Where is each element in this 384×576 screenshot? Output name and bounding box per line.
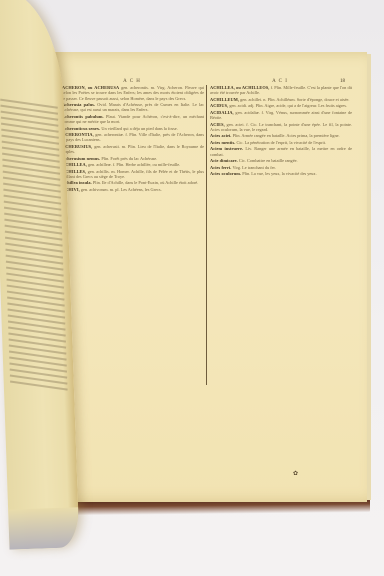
entry-text: Cic. Combattre en bataille rangée. (239, 158, 298, 163)
dictionary-entry: ACHILLEA, ou ACHILLEOS, f. Plin. Mille-f… (210, 85, 352, 96)
entry-headword: Acies ferri. (210, 165, 231, 170)
entry-text: Plin. La vue, les yeux, la vivacité des … (242, 171, 316, 176)
entry-text: Plin. Ile d'Achille, dans le Pont-Euxin,… (93, 180, 198, 185)
entry-text: gen. aciei. f. Cic. Le tranchant, la poi… (210, 122, 352, 132)
entry-text: Plin. Forêt près du lac Achéruse. (101, 156, 157, 161)
dictionary-entry: Acie dimicare. Cic. Combattre en bataill… (210, 158, 352, 163)
left-page-text (0, 98, 68, 392)
dictionary-entry: ACIES, gen. aciei. f. Cic. Le tranchant,… (210, 122, 352, 133)
printer-ornament-icon: ✿ (293, 470, 298, 477)
dictionary-entry: Acherusium nemus. Plin. Forêt près du la… (62, 156, 204, 161)
right-page: A C H A C I 18 ACHERON, ou ACHERUSA gen.… (50, 52, 367, 502)
dictionary-entry: Acheronticus senex. Un vieillard qui a d… (62, 126, 204, 131)
entry-text: Plin. Armée rangée en bataille. Acies pr… (233, 133, 340, 138)
entry-text: Un vieillard qui a déja un pied dans la … (101, 126, 177, 131)
right-column: ACHILLEA, ou ACHILLEOS, f. Plin. Mille-f… (210, 85, 352, 178)
page-number: 18 (340, 79, 345, 84)
dictionary-entry: ACIDUS, gen. acidi. adj. Plin. Aigre, ac… (210, 103, 352, 108)
entry-text: Cic. La pénétration de l'esprit, la viva… (236, 140, 325, 145)
entry-headword: ACHILLEUM, (210, 97, 239, 102)
entry-headword: Acherontis pabulum. (62, 114, 104, 119)
dictionary-entry: Acherontis pabulum. Plaut. Viande pour A… (62, 114, 204, 125)
dictionary-entry: Acies oculorum. Plin. La vue, les yeux, … (210, 171, 352, 176)
dictionary-entry: Acies aciei. Plin. Armée rangée en batai… (210, 133, 352, 138)
entry-headword: ACHERONTIA, (62, 132, 94, 137)
entry-headword: Acies mentis. (210, 140, 235, 145)
dictionary-entry: ACHIVI, gen. achivorum. m. pl. Les Achée… (62, 187, 204, 192)
dictionary-entry: Acies mentis. Cic. La pénétration de l'e… (210, 140, 352, 145)
dictionary-entry: ACHILLEA, gen. achilleæ. f. Plin. Herbe … (62, 162, 204, 167)
entry-headword: Acie dimicare. (210, 158, 238, 163)
entry-text: gen. achillei. n. Plin. Achilléum. Sorte… (240, 97, 349, 102)
page-underside (8, 507, 79, 549)
entry-headword: ACIDUS, (210, 103, 228, 108)
entry-headword: ACHERUSIUS, (62, 144, 92, 149)
entry-text: gen. achivorum. m. pl. Les Achéens, les … (81, 187, 162, 192)
entry-headword: Aciem instruere. (210, 146, 243, 151)
running-head-left: A C H (62, 79, 202, 84)
dictionary-entry: ACHILLES, gen. achillis. m. Homer. Achil… (62, 169, 204, 180)
entry-text: gen. achilleæ. f. Plin. Herbe achillée, … (88, 162, 180, 167)
entry-headword: Acherusium nemus. (62, 156, 100, 161)
dictionary-entry: ACIDALIA, gen. acidaliæ. f. Virg. Vénus,… (210, 110, 352, 121)
column-divider (206, 85, 207, 385)
running-head-right: A C I (210, 79, 350, 84)
entry-headword: Acherusia palus. (62, 102, 95, 107)
dictionary-entry: Acies ferri. Virg. Le tranchant du fer. (210, 165, 352, 170)
entry-headword: ACHILLEA, ou ACHILLEOS, (210, 85, 269, 90)
dictionary-entry: ACHILLEUM, gen. achillei. n. Plin. Achil… (210, 97, 352, 102)
dictionary-entry: ACHERUSIUS, gen. acherusii. m. Plin. Lie… (62, 144, 204, 155)
dictionary-entry: ACHERON, ou ACHERUSA gen. acherontis. m.… (62, 85, 204, 101)
entry-text: Virg. Le tranchant du fer. (232, 165, 275, 170)
dictionary-entry: Acherusia palus. Ovid. Marais d'Achéruse… (62, 102, 204, 113)
left-column: ACHERON, ou ACHERUSA gen. acherontis. m.… (62, 85, 204, 193)
entry-headword: Acies oculorum. (210, 171, 241, 176)
entry-headword: ACIES, (210, 122, 225, 127)
book-photo: A C H A C I 18 ACHERON, ou ACHERUSA gen.… (0, 0, 384, 576)
entry-headword: ACIDALIA, (210, 110, 234, 115)
dictionary-entry: ACHERONTIA, gen. acherontiæ. f. Plin. Vi… (62, 132, 204, 143)
entry-text: gen. acidi. adj. Plin. Aigre, acide, qui… (229, 103, 347, 108)
page-edge (367, 54, 371, 500)
entry-headword: Acheronticus senex. (62, 126, 100, 131)
entry-headword: Acies aciei. (210, 133, 231, 138)
dictionary-entry: Achillea insula. Plin. Ile d'Achille, da… (62, 180, 204, 185)
dictionary-entry: Aciem instruere. Liv. Ranger une armée e… (210, 146, 352, 157)
entry-headword: ACHERON, ou ACHERUSA (62, 85, 119, 90)
